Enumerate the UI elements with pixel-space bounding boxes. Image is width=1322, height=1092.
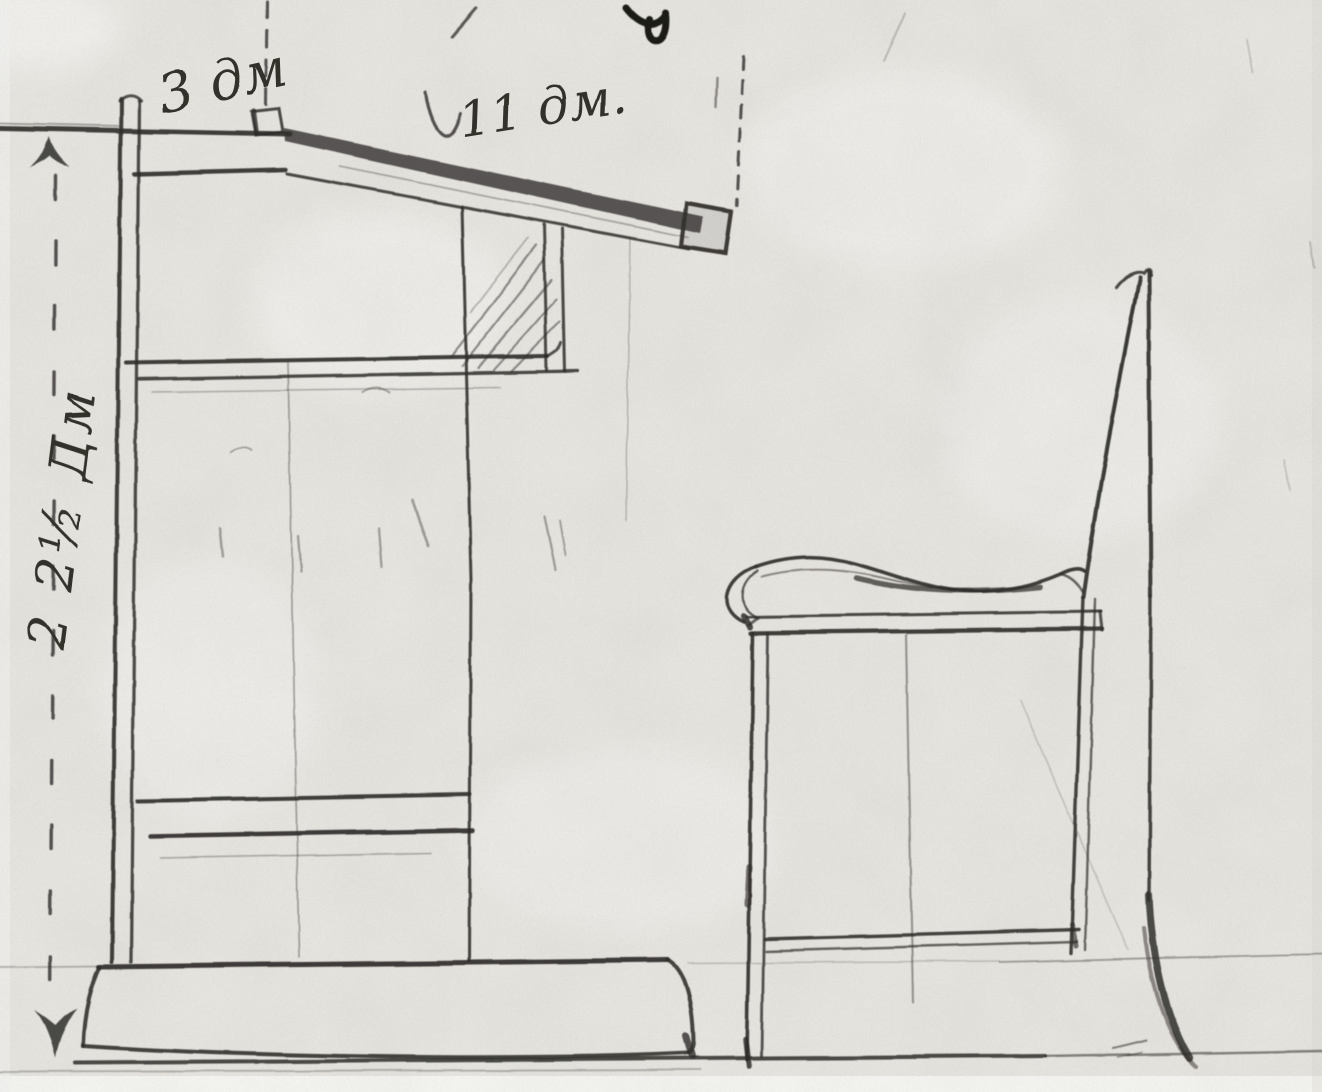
sketch-svg: 3 дм 11 дм. 2 2½ Дм <box>0 0 1322 1092</box>
scanned-sketch-page: 3 дм 11 дм. 2 2½ Дм <box>0 0 1322 1092</box>
paper-mottling-overlay <box>0 0 1322 1092</box>
